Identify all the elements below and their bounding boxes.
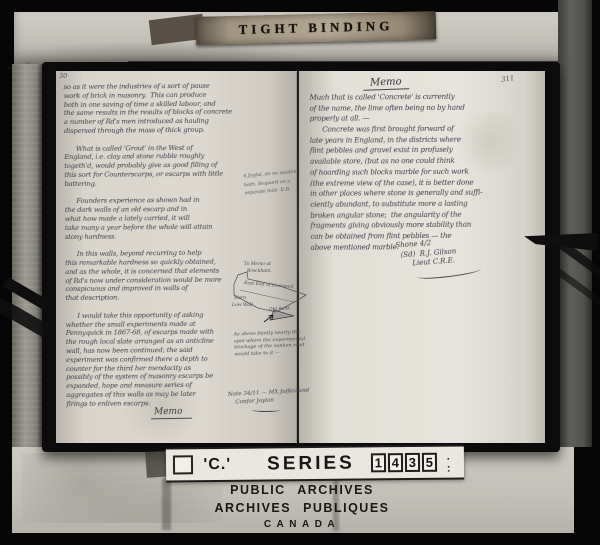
sketch-label: Warn <box>234 296 246 301</box>
series-digit-row: 1 4 3 5 <box>371 453 437 473</box>
left-page-handwriting: so as it were the industries of a sort o… <box>64 81 295 408</box>
archives-line-en: PUBLIC ARCHIVES <box>173 481 431 499</box>
blank-tile <box>173 455 194 474</box>
memo-heading: Memo <box>363 76 409 91</box>
sketch-note: As above faintly nearly thespot where th… <box>234 329 321 358</box>
series-digit: 5 <box>422 453 437 472</box>
right-page-handwriting: Much that is called 'Concrete' is curren… <box>309 91 540 253</box>
tight-binding-label: TIGHT BINDING <box>238 18 393 38</box>
archives-stamp: PUBLIC ARCHIVES ARCHIVES PUBLIQUES CANAD… <box>173 481 431 532</box>
series-label: 'C.' SERIES 1 4 3 5 . : <box>166 446 464 480</box>
series-digit: 4 <box>388 453 403 472</box>
left-page-closing-memo: Memo <box>151 407 192 420</box>
right-page-number: 311 <box>501 74 515 84</box>
book: 30 so as it were the industries of a sor… <box>42 62 560 452</box>
sketch-label: Brockham. <box>247 269 272 274</box>
series-digit: 3 <box>405 453 420 472</box>
left-background-band <box>12 64 44 447</box>
left-page-number: 30 <box>59 72 67 80</box>
smudge-mark <box>162 478 171 530</box>
microfilm-frame: TIGHT BINDING 30 so as it were the indus… <box>0 0 600 545</box>
series-digit: 1 <box>371 453 386 472</box>
reference-note-underline <box>252 408 280 412</box>
series-trailing-marks: . : <box>447 450 464 474</box>
archives-line-fr: ARCHIVES PUBLIQUES <box>173 499 431 517</box>
series-word: SERIES <box>267 452 355 475</box>
margin-note: 4 Joyful, de no washingbath, Sequard on … <box>243 169 297 199</box>
series-prefix: 'C.' <box>203 455 231 473</box>
tight-binding-tag: TIGHT BINDING <box>196 11 437 45</box>
archives-line-canada: CANADA <box>173 517 431 532</box>
right-background-band <box>558 0 592 447</box>
sketch-label: Low Wall <box>232 303 253 308</box>
sketch-label: To Memo at <box>244 262 271 267</box>
